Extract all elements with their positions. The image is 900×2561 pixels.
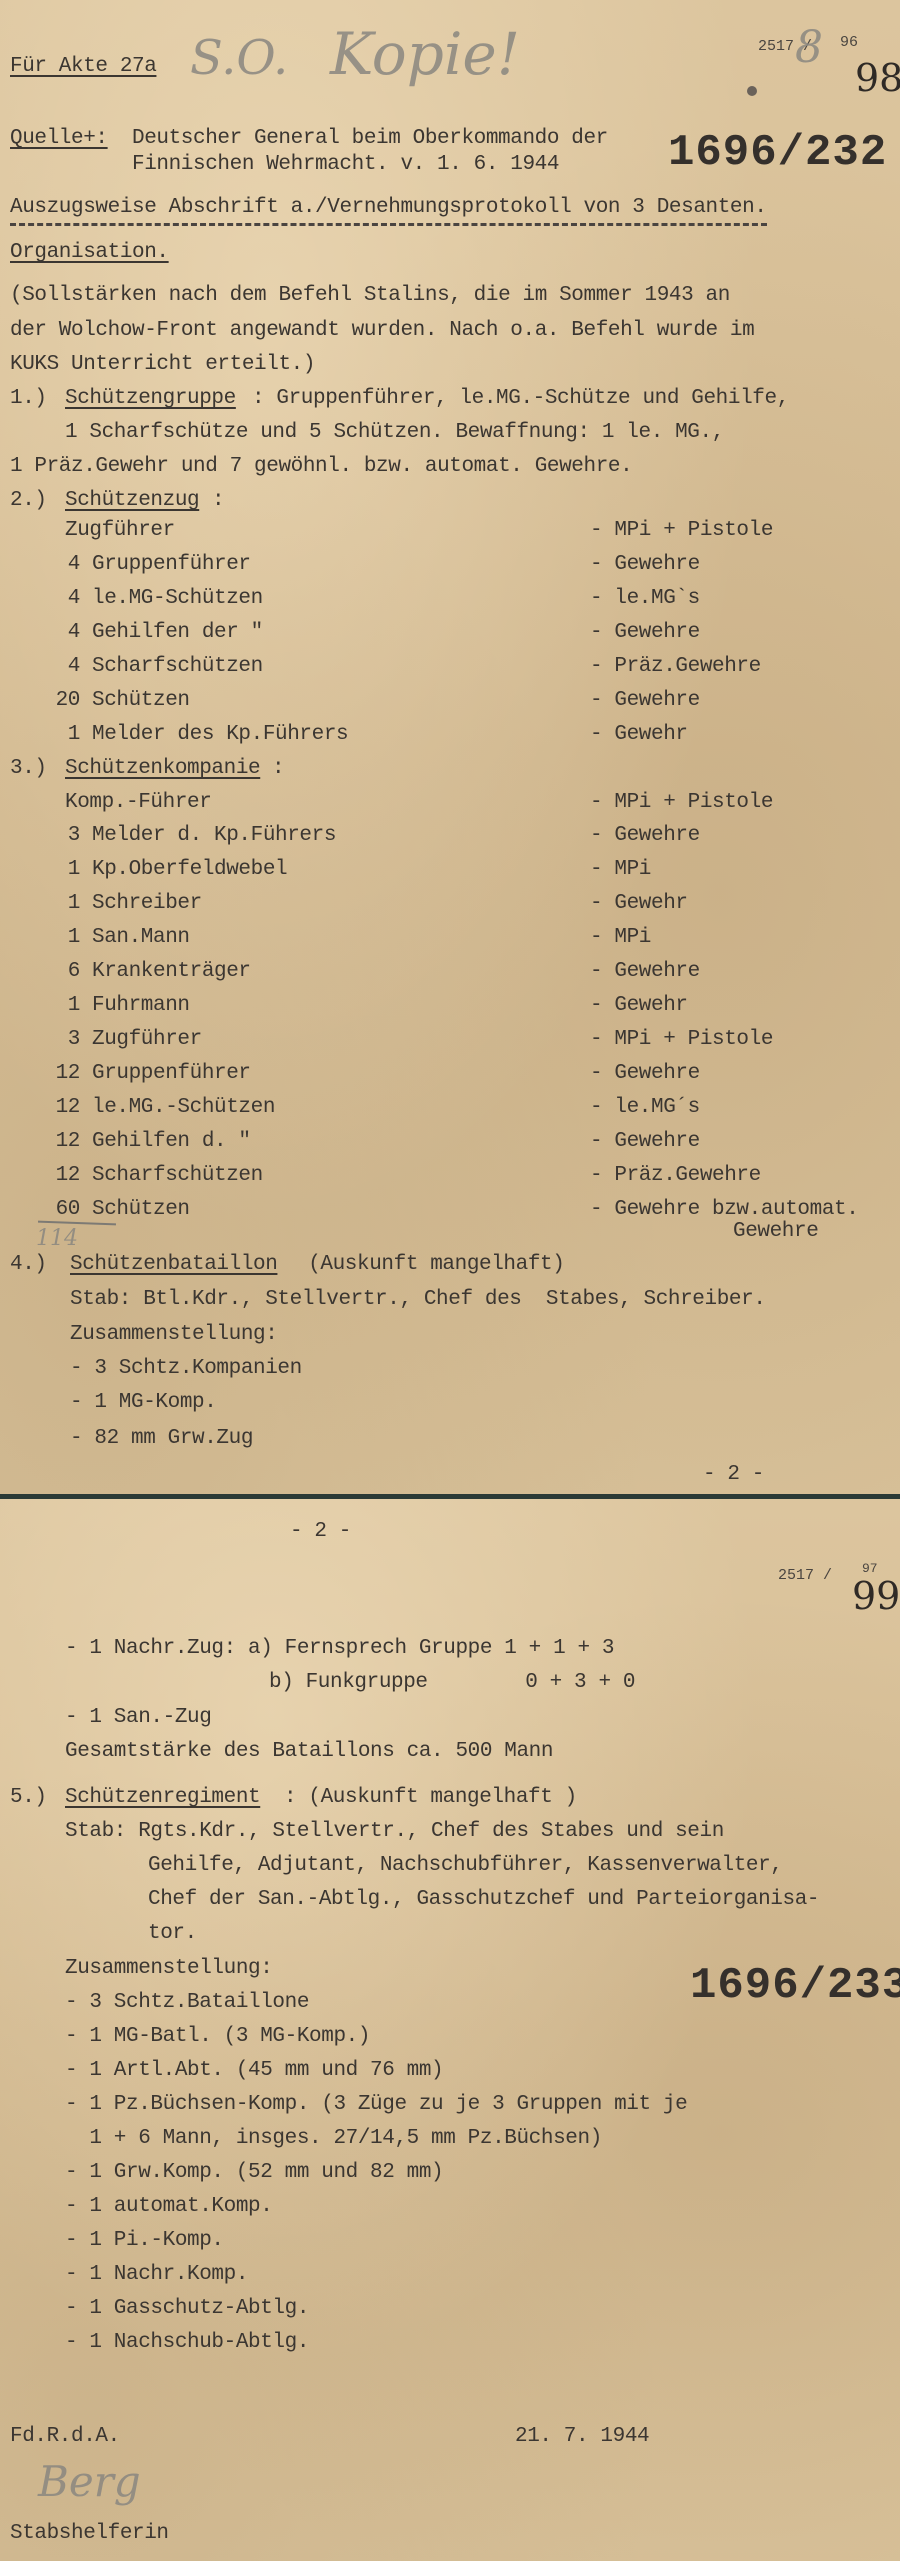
section-4-staff: Stab: Btl.Kdr., Stellvertr., Chef des St… bbox=[70, 1287, 766, 1313]
handwritten-mark: 8 bbox=[795, 22, 823, 73]
section-1-title: Schützengruppe bbox=[65, 386, 236, 412]
archive-sub-number: 96 bbox=[840, 34, 858, 51]
section-5-item: - 1 Pi.-Komp. bbox=[65, 2228, 224, 2254]
section-5-number: 5.) bbox=[10, 1785, 47, 1811]
company-weapon: - MPi bbox=[590, 925, 651, 951]
section-5-item: - 3 Schtz.Bataillone bbox=[65, 1990, 309, 2016]
platoon-weapon: - Präz.Gewehre bbox=[590, 654, 761, 680]
source-label: Quelle+: bbox=[10, 126, 108, 152]
platoon-role: Schützen bbox=[92, 688, 190, 714]
section-4-item: - 3 Schtz.Kompanien bbox=[70, 1356, 302, 1382]
platoon-count: 1 bbox=[40, 722, 80, 748]
issuing-office: Fd.R.d.A. bbox=[10, 2424, 120, 2450]
organisation-heading: Organisation. bbox=[10, 240, 169, 266]
intro-line-3: KUKS Unterricht erteilt.) bbox=[10, 352, 315, 378]
company-role: Komp.-Führer bbox=[65, 790, 211, 816]
handwritten-so: S.O. bbox=[190, 30, 288, 86]
handwritten-sum: 114 bbox=[36, 1226, 78, 1251]
company-count: 3 bbox=[40, 823, 80, 849]
company-role: Fuhrmann bbox=[92, 993, 190, 1019]
section-3-title: Schützenkompanie bbox=[65, 756, 260, 782]
company-role: Gruppenführer bbox=[92, 1061, 251, 1087]
company-weapon: - MPi + Pistole bbox=[590, 790, 773, 816]
platoon-count: 20 bbox=[40, 688, 80, 714]
section-4-title: Schützenbataillon bbox=[70, 1252, 277, 1278]
company-weapon: - le.MG´s bbox=[590, 1095, 700, 1121]
section-5-item: - 1 Gasschutz-Abtlg. bbox=[65, 2296, 309, 2322]
intro-line-1: (Sollstärken nach dem Befehl Stalins, di… bbox=[10, 283, 730, 309]
company-weapon: - Gewehr bbox=[590, 993, 688, 1019]
company-weapon: - Gewehre bbox=[590, 823, 700, 849]
company-weapon-continuation: Gewehre bbox=[733, 1219, 818, 1245]
section-5-item: 1 + 6 Mann, insges. 27/14,5 mm Pz.Büchse… bbox=[65, 2126, 602, 2152]
company-role: Schreiber bbox=[92, 891, 202, 917]
company-count: 12 bbox=[40, 1129, 80, 1155]
platoon-role: Gruppenführer bbox=[92, 552, 251, 578]
platoon-weapon: - Gewehre bbox=[590, 552, 700, 578]
section-4-number: 4.) bbox=[10, 1252, 47, 1278]
platoon-count: 4 bbox=[40, 586, 80, 612]
punch-dot bbox=[747, 86, 757, 96]
company-weapon: - Gewehre bbox=[590, 1129, 700, 1155]
signals-platoon-line-1: - 1 Nachr.Zug: a) Fernsprech Gruppe 1 + … bbox=[65, 1636, 614, 1662]
platoon-weapon: - Gewehr bbox=[590, 722, 688, 748]
section-5-staff-line-3: Chef der San.-Abtlg., Gasschutzchef und … bbox=[148, 1887, 819, 1913]
document-stamp-number: 1696/233 bbox=[690, 1961, 900, 2011]
section-4-item: - 82 mm Grw.Zug bbox=[70, 1426, 253, 1452]
company-role: Scharfschützen bbox=[92, 1163, 263, 1189]
company-weapon: - Präz.Gewehre bbox=[590, 1163, 761, 1189]
section-4-item: - 1 MG-Komp. bbox=[70, 1390, 216, 1416]
folio-number: 98 bbox=[855, 56, 900, 100]
archive-number: 2517 / bbox=[778, 1567, 832, 1584]
platoon-role: le.MG-Schützen bbox=[92, 586, 263, 612]
section-1-line-3: 1 Präz.Gewehr und 7 gewöhnl. bzw. automa… bbox=[10, 454, 632, 480]
platoon-role: Melder des Kp.Führers bbox=[92, 722, 348, 748]
company-weapon: - Gewehre bbox=[590, 959, 700, 985]
medical-platoon: - 1 San.-Zug bbox=[65, 1705, 211, 1731]
section-5-item: - 1 Artl.Abt. (45 mm und 76 mm) bbox=[65, 2058, 443, 2084]
total-strength: Gesamtstärke des Bataillons ca. 500 Mann bbox=[65, 1739, 553, 1765]
platoon-count: 4 bbox=[40, 620, 80, 646]
section-5-composition-label: Zusammenstellung: bbox=[65, 1956, 272, 1982]
company-role: le.MG.-Schützen bbox=[92, 1095, 275, 1121]
platoon-role: Scharfschützen bbox=[92, 654, 263, 680]
section-2-title: Schützenzug bbox=[65, 488, 199, 514]
section-5-item: - 1 Nachschub-Abtlg. bbox=[65, 2330, 309, 2356]
company-role: Zugführer bbox=[92, 1027, 202, 1053]
section-5-item: - 1 Nachr.Komp. bbox=[65, 2262, 248, 2288]
company-role: Krankenträger bbox=[92, 959, 251, 985]
company-weapon: - MPi bbox=[590, 857, 651, 883]
intro-line-2: der Wolchow-Front angewandt wurden. Nach… bbox=[10, 318, 754, 344]
section-3-number: 3.) bbox=[10, 756, 47, 782]
section-5-item: - 1 Pz.Büchsen-Komp. (3 Züge zu je 3 Gru… bbox=[65, 2092, 687, 2118]
company-weapon: - Gewehr bbox=[590, 891, 688, 917]
document-stamp-number: 1696/232 bbox=[668, 128, 887, 178]
platoon-count: 4 bbox=[40, 654, 80, 680]
section-5-staff-line-2: Gehilfe, Adjutant, Nachschubführer, Kass… bbox=[148, 1853, 783, 1879]
section-2-number: 2.) bbox=[10, 488, 47, 514]
company-count: 12 bbox=[40, 1061, 80, 1087]
document-date: 21. 7. 1944 bbox=[515, 2424, 649, 2450]
platoon-role: Gehilfen der " bbox=[92, 620, 263, 646]
page-footer-number: - 2 - bbox=[703, 1462, 764, 1488]
section-5-staff-line-4: tor. bbox=[148, 1921, 197, 1947]
section-4-note: (Auskunft mangelhaft) bbox=[296, 1252, 564, 1278]
section-5-note: : (Auskunft mangelhaft ) bbox=[284, 1785, 577, 1811]
document-page-1: Für Akte 27a S.O. Kopie! 2517 / 96 8 98 … bbox=[0, 0, 900, 1494]
source-line-2: Finnischen Wehrmacht. v. 1. 6. 1944 bbox=[132, 152, 559, 178]
company-role: Schützen bbox=[92, 1197, 190, 1223]
file-reference: Für Akte 27a bbox=[10, 54, 156, 80]
section-5-item: - 1 Grw.Komp. (52 mm und 82 mm) bbox=[65, 2160, 443, 2186]
company-role: Gehilfen d. " bbox=[92, 1129, 251, 1155]
company-weapon: - Gewehre bbox=[590, 1061, 700, 1087]
company-count: 1 bbox=[40, 925, 80, 951]
section-3-colon: : bbox=[272, 756, 284, 782]
signatory-title: Stabshelferin bbox=[10, 2521, 169, 2547]
section-1-number: 1.) bbox=[10, 386, 47, 412]
platoon-count: 4 bbox=[40, 552, 80, 578]
section-1-line-2: 1 Scharfschütze und 5 Schützen. Bewaffnu… bbox=[65, 420, 724, 446]
platoon-role: Zugführer bbox=[65, 518, 175, 544]
platoon-weapon: - Gewehre bbox=[590, 620, 700, 646]
handwritten-note: Kopie! bbox=[330, 20, 520, 88]
company-weapon: - MPi + Pistole bbox=[590, 1027, 773, 1053]
company-count: 1 bbox=[40, 891, 80, 917]
signals-platoon-line-2: b) Funkgruppe 0 + 3 + 0 bbox=[269, 1670, 635, 1696]
company-count: 3 bbox=[40, 1027, 80, 1053]
section-4-composition-label: Zusammenstellung: bbox=[70, 1322, 277, 1348]
folio-number: 99 bbox=[852, 1574, 900, 1618]
source-line-1: Deutscher General beim Oberkommando der bbox=[132, 126, 608, 152]
handwritten-signature: Berg bbox=[38, 2457, 141, 2506]
section-5-staff-line-1: Stab: Rgts.Kdr., Stellvertr., Chef des S… bbox=[65, 1819, 724, 1845]
company-role: Melder d. Kp.Führers bbox=[92, 823, 336, 849]
company-count: 12 bbox=[40, 1095, 80, 1121]
page-header-number: - 2 - bbox=[290, 1519, 351, 1545]
company-count: 6 bbox=[40, 959, 80, 985]
document-page-2: - 2 - 2517 / 97 99 - 1 Nachr.Zug: a) Fer… bbox=[0, 1499, 900, 2561]
company-count: 1 bbox=[40, 857, 80, 883]
subject-line: Auszugsweise Abschrift a./Vernehmungspro… bbox=[10, 195, 767, 226]
company-role: San.Mann bbox=[92, 925, 190, 951]
company-count: 12 bbox=[40, 1163, 80, 1189]
company-count: 60 bbox=[40, 1197, 80, 1223]
section-5-item: - 1 automat.Komp. bbox=[65, 2194, 272, 2220]
section-2-colon: : bbox=[212, 488, 224, 514]
section-5-title: Schützenregiment bbox=[65, 1785, 260, 1811]
company-role: Kp.Oberfeldwebel bbox=[92, 857, 287, 883]
platoon-weapon: - MPi + Pistole bbox=[590, 518, 773, 544]
section-5-item: - 1 MG-Batl. (3 MG-Komp.) bbox=[65, 2024, 370, 2050]
company-count: 1 bbox=[40, 993, 80, 1019]
section-1-line-1: : Gruppenführer, le.MG.-Schütze und Gehi… bbox=[252, 386, 789, 412]
platoon-weapon: - Gewehre bbox=[590, 688, 700, 714]
platoon-weapon: - le.MG`s bbox=[590, 586, 700, 612]
